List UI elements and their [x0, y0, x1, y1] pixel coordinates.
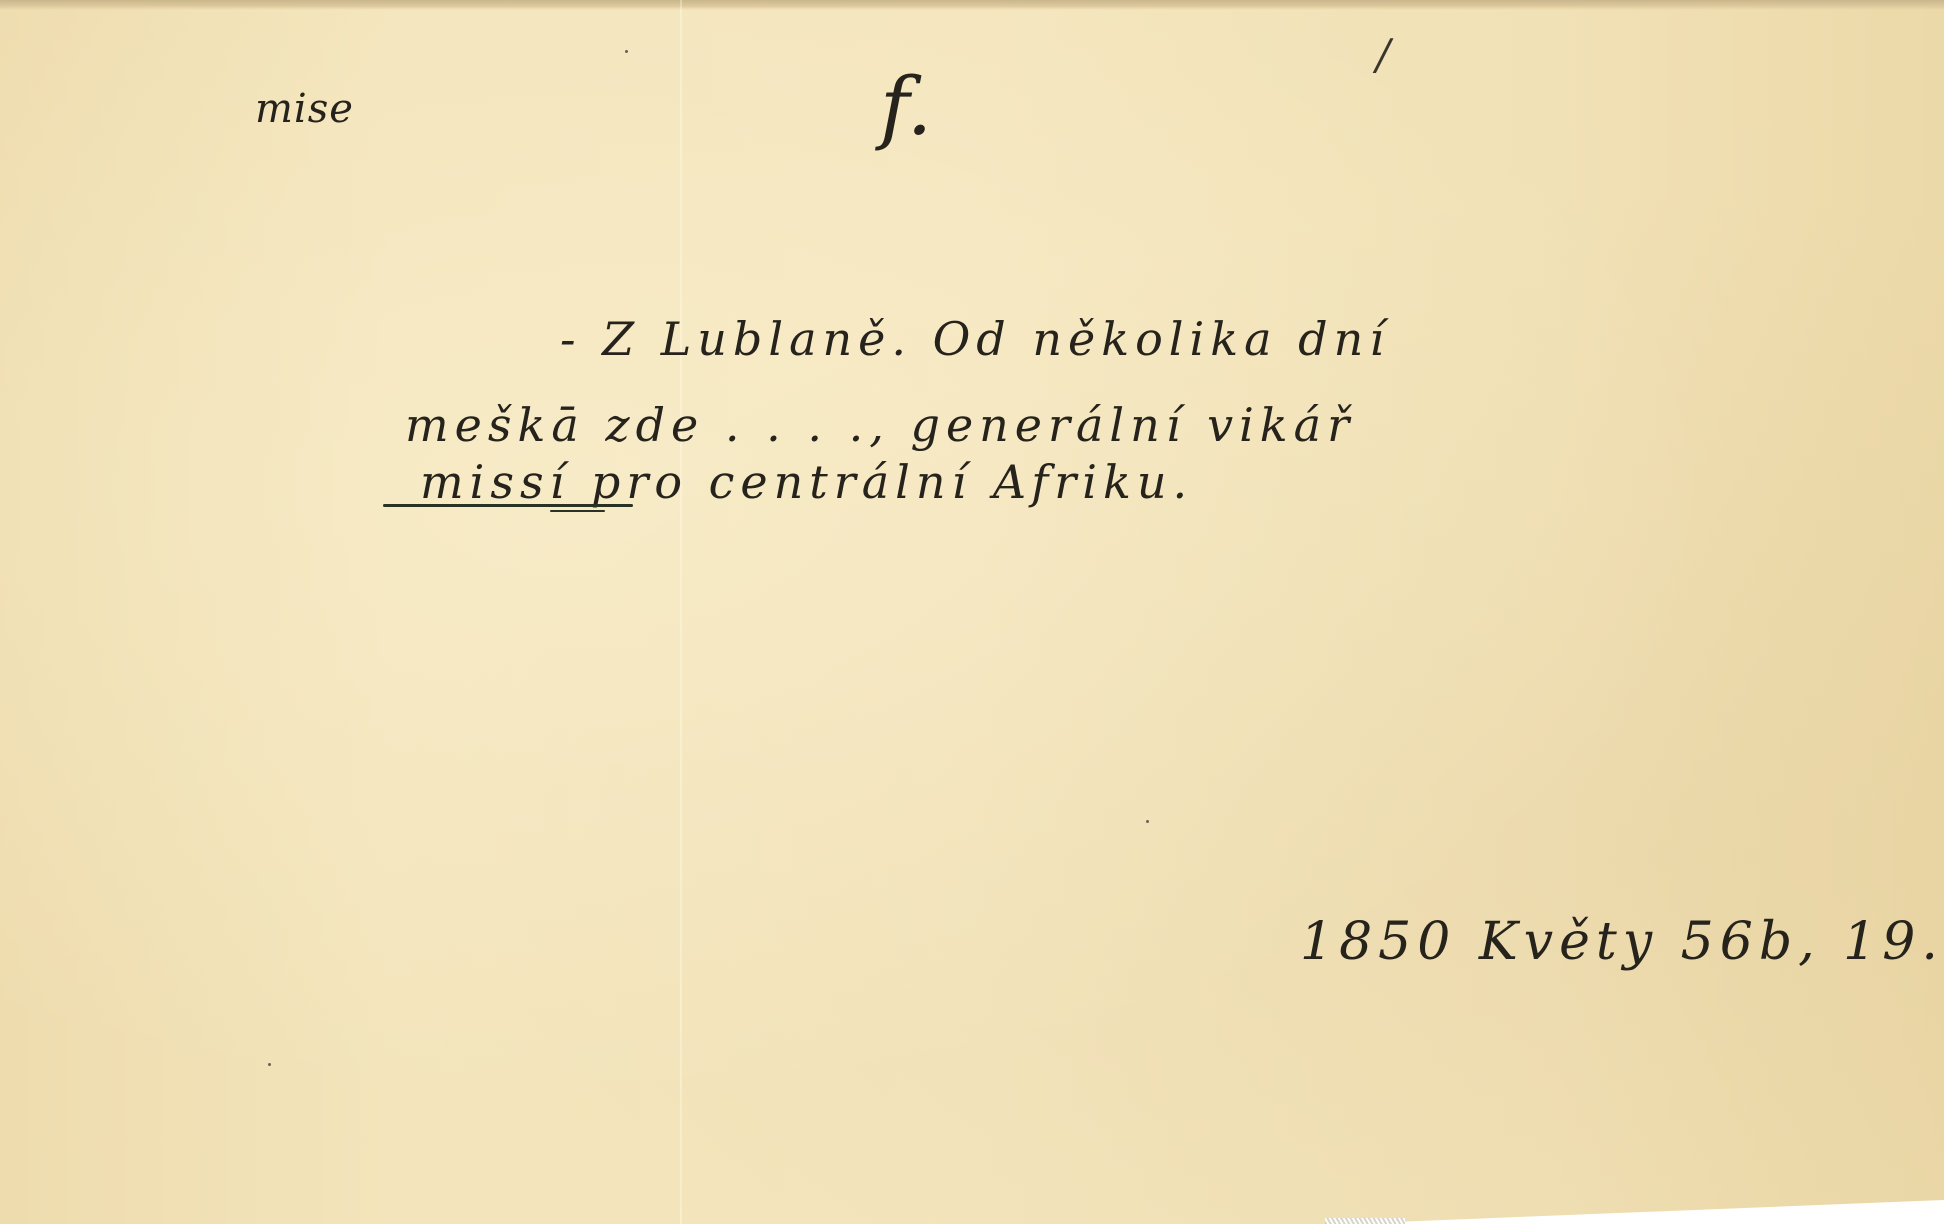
scan-corner-edge	[1344, 1200, 1944, 1224]
body-line-1: - Z Lublaně. Od několika dní	[560, 312, 1390, 366]
keyword-heading: mise	[255, 86, 354, 132]
paper-fold	[680, 0, 682, 1224]
paper-speck	[625, 50, 628, 53]
keyword-underline-secondary	[550, 510, 605, 512]
scan-bottom-strip	[1325, 1218, 1405, 1224]
scan-top-edge	[0, 0, 1944, 10]
keyword-underline	[383, 504, 633, 507]
source-citation: 1850 Květy 56b, 19.	[1300, 912, 1944, 972]
paper-speck	[1146, 820, 1149, 823]
corner-mark: /	[1376, 30, 1390, 79]
paper-card	[0, 0, 1944, 1224]
paper-speck	[268, 1063, 271, 1066]
page-mark: f.	[880, 60, 932, 153]
body-line-3: missí pro centrální Afriku.	[420, 455, 1193, 509]
body-line-2: meškā zde . . . ., generální vikář	[405, 398, 1355, 452]
